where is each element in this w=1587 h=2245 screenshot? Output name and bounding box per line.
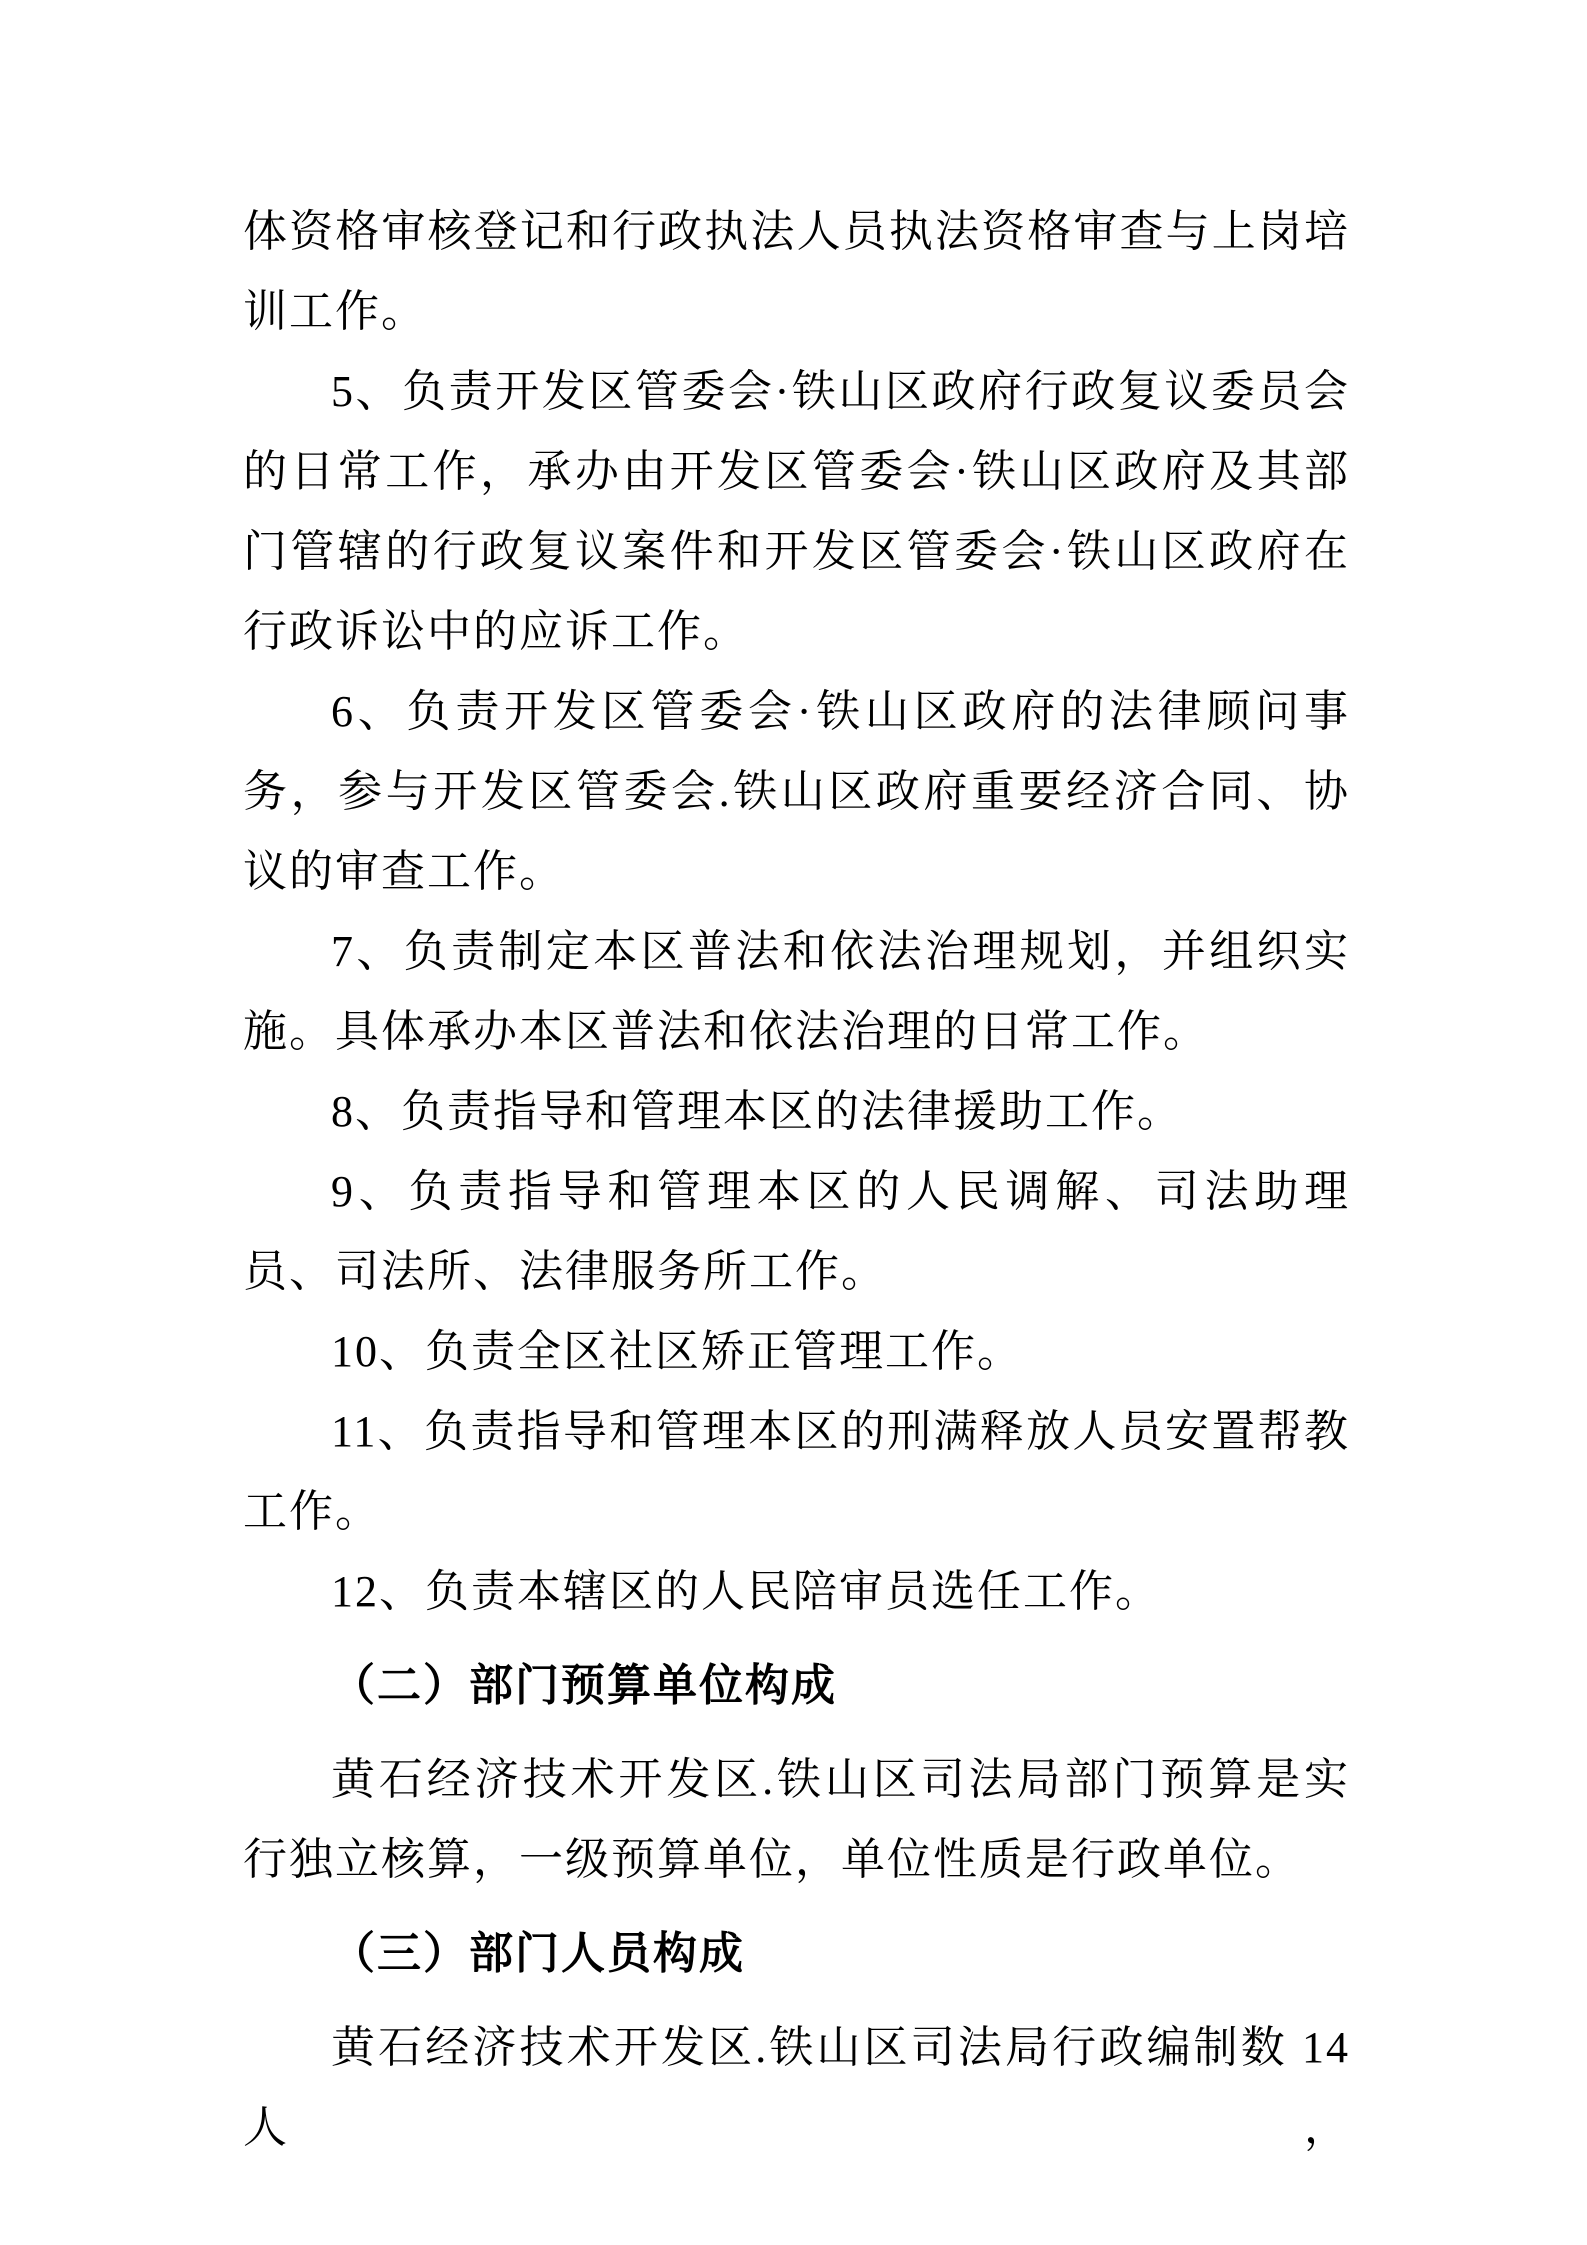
duty-item-8: 8、负责指导和管理本区的法律援助工作。 xyxy=(243,1072,1350,1152)
paragraph-continuation: 体资格审核登记和行政执法人员执法资格审查与上岗培训工作。 xyxy=(243,192,1350,352)
paragraph-personnel: 黄石经济技术开发区.铁山区司法局行政编制数 14 人， xyxy=(243,2008,1350,2168)
duty-item-11: 11、负责指导和管理本区的刑满释放人员安置帮教工作。 xyxy=(243,1392,1350,1552)
duty-item-6: 6、负责开发区管委会·铁山区政府的法律顾问事务，参与开发区管委会.铁山区政府重要… xyxy=(243,672,1350,912)
section-heading-personnel: （三）部门人员构成 xyxy=(243,1914,1350,1994)
duty-item-9: 9、负责指导和管理本区的人民调解、司法助理员、司法所、法律服务所工作。 xyxy=(243,1152,1350,1312)
document-body: 体资格审核登记和行政执法人员执法资格审查与上岗培训工作。 5、负责开发区管委会·… xyxy=(0,0,1587,2168)
duty-item-7: 7、负责制定本区普法和依法治理规划，并组织实施。具体承办本区普法和依法治理的日常… xyxy=(243,912,1350,1072)
paragraph-budget-unit: 黄石经济技术开发区.铁山区司法局部门预算是实行独立核算，一级预算单位，单位性质是… xyxy=(243,1740,1350,1900)
duty-item-12: 12、负责本辖区的人民陪审员选任工作。 xyxy=(243,1552,1350,1632)
section-heading-budget-unit: （二）部门预算单位构成 xyxy=(243,1646,1350,1726)
duty-item-5: 5、负责开发区管委会·铁山区政府行政复议委员会的日常工作，承办由开发区管委会·铁… xyxy=(243,352,1350,672)
duty-item-10: 10、负责全区社区矫正管理工作。 xyxy=(243,1312,1350,1392)
document-page: 体资格审核登记和行政执法人员执法资格审查与上岗培训工作。 5、负责开发区管委会·… xyxy=(0,0,1587,2245)
